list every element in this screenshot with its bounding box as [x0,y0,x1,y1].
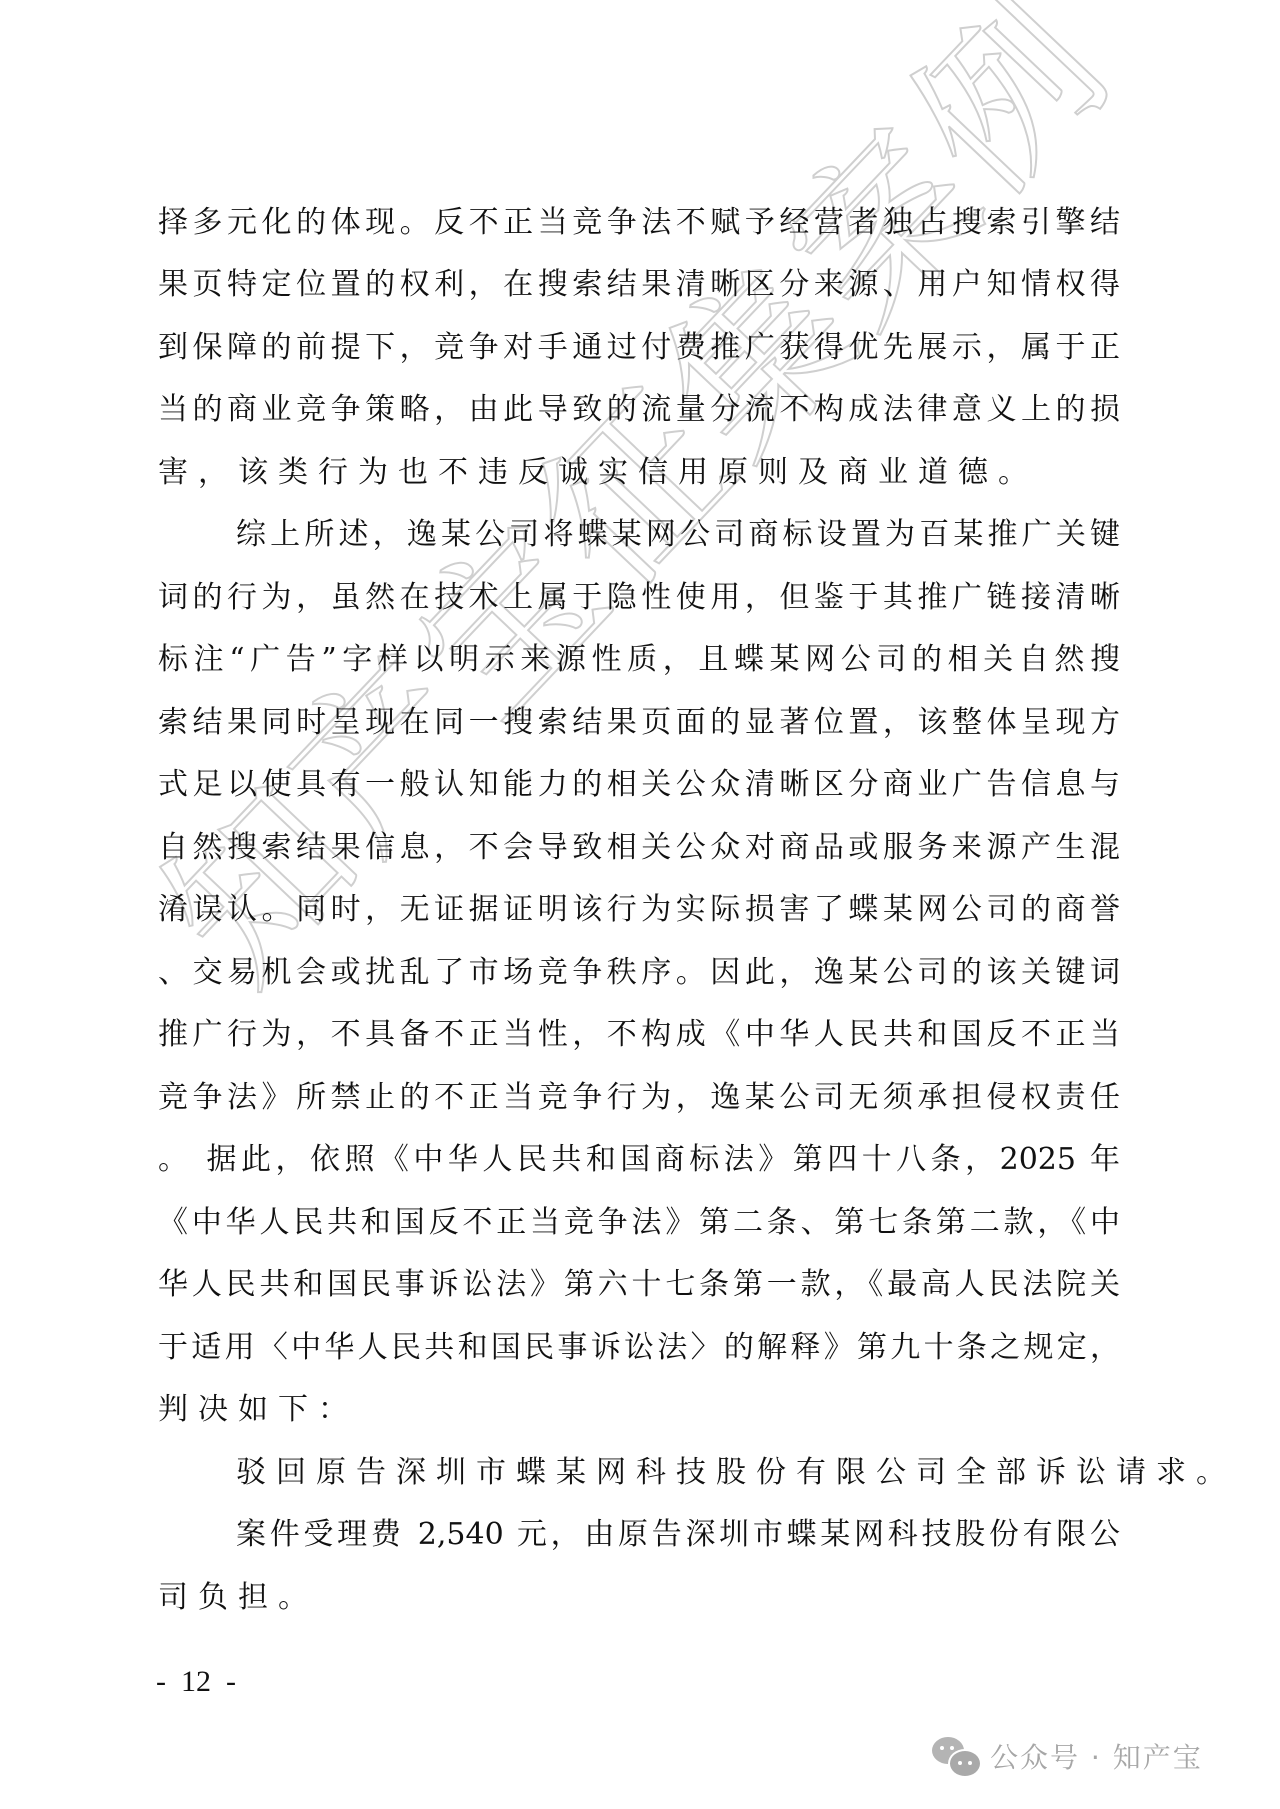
text-line: 果页特定位置的权利，在搜索结果清晰区分来源、用户知情权得 [158,265,1120,305]
text-line: 。 据此，依照《中华人民共和国商标法》第四十八条，2025 年 [158,1140,1120,1180]
text-line: 司负担。 [158,1578,1120,1618]
text-line: 害，该类行为也不违反诚实信用原则及商业道德。 [158,453,1120,493]
text-line: 到保障的前提下，竞争对手通过付费推广获得优先展示，属于正 [158,328,1120,368]
text-line: 自然搜索结果信息，不会导致相关公众对商品或服务来源产生混 [158,828,1120,868]
text-line: 淆误认。同时，无证据证明该行为实际损害了蝶某网公司的商誉 [158,890,1120,930]
text-line: 判决如下： [158,1390,1120,1430]
document-page: 知产宝征集案例 择多元化的体现。反不正当竞争法不赋予经营者独占搜索引擎结 果页特… [0,0,1280,1809]
wechat-icon [932,1735,982,1777]
footer-source: 公众号 · 知产宝 [932,1734,1203,1778]
text-line: 当的商业竞争策略，由此导致的流量分流不构成法律意义上的损 [158,390,1120,430]
text-line: 式足以使具有一般认知能力的相关公众清晰区分商业广告信息与 [158,765,1120,805]
text-line: 于适用〈中华人民共和国民事诉讼法〉的解释》第九十条之规定， [158,1328,1120,1368]
text-line: 标注“广告”字样以明示来源性质，且蝶某网公司的相关自然搜 [158,640,1120,680]
text-line: 华人民共和国民事诉讼法》第六十七条第一款，《最高人民法院关 [158,1265,1120,1305]
text-line: 索结果同时呈现在同一搜索结果页面的显著位置，该整体呈现方 [158,703,1120,743]
text-line: 《中华人民共和国反不正当竞争法》第二条、第七条第二款，《中 [158,1203,1120,1243]
text-line: 竞争法》所禁止的不正当竞争行为，逸某公司无须承担侵权责任 [158,1078,1120,1118]
text-line: 择多元化的体现。反不正当竞争法不赋予经营者独占搜索引擎结 [158,203,1120,243]
judgment-item: 驳回原告深圳市蝶某网科技股份有限公司全部诉讼请求。 [158,1453,1120,1493]
judgment-item: 案件受理费 2,540 元，由原告深圳市蝶某网科技股份有限公 [158,1515,1120,1555]
text-line: 词的行为，虽然在技术上属于隐性使用，但鉴于其推广链接清晰 [158,578,1120,618]
paragraph-start: 综上所述，逸某公司将蝶某网公司商标设置为百某推广关键 [158,515,1120,555]
text-line: 推广行为，不具备不正当性，不构成《中华人民共和国反不正当 [158,1015,1120,1055]
footer-account-name: 公众号 · 知产宝 [990,1736,1203,1776]
text-line: 、交易机会或扰乱了市场竞争秩序。因此，逸某公司的该关键词 [158,953,1120,993]
page-number: - 12 - [156,1664,236,1700]
